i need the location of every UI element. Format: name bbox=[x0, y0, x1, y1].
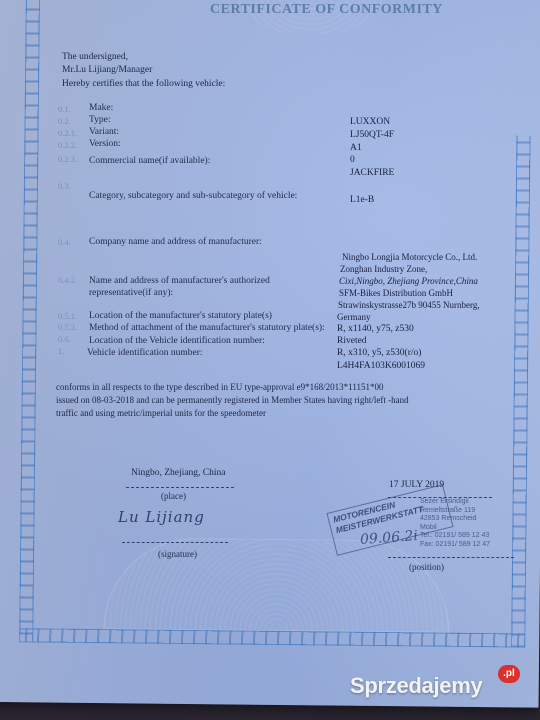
field-value: 0 bbox=[350, 155, 355, 165]
representative-name: SFM-Bikes Distribution GmbH bbox=[339, 288, 453, 298]
intro-line-2: Mr.Lu Lijiang/Manager bbox=[62, 65, 152, 75]
field-label-line-1: Name and address of manufacturer's autho… bbox=[89, 276, 270, 286]
field-number: 0.4. bbox=[58, 237, 71, 247]
field-label: Method of attachment of the manufacturer… bbox=[89, 323, 325, 333]
field-number: 0.3. bbox=[58, 181, 71, 191]
field-number: 1. bbox=[58, 346, 64, 356]
stamp-address: Sezer Ersindigil Remeltstraße 119 42853 … bbox=[420, 498, 490, 549]
field-label: Location of the manufacturer's statutory… bbox=[89, 311, 272, 321]
site-watermark: Sprzedajemy bbox=[350, 673, 482, 699]
field-label-line-2: representative(if any): bbox=[89, 288, 173, 298]
field-number: 0.2.3. bbox=[58, 154, 77, 164]
place-value: Ningbo, Zhejiang, China bbox=[131, 468, 225, 478]
field-number: 0.4.2. bbox=[58, 275, 77, 285]
ornamental-border-right bbox=[511, 135, 530, 647]
ornamental-border-left bbox=[19, 0, 40, 642]
vin-value: L4H4FA103K6001069 bbox=[337, 361, 425, 371]
field-number: 0.5.1. bbox=[58, 311, 77, 321]
field-number: 0.5.2. bbox=[58, 322, 77, 332]
field-number: 0.1. bbox=[58, 104, 71, 114]
field-label: Version: bbox=[89, 139, 121, 149]
field-label: Location of the Vehicle identification n… bbox=[89, 336, 265, 346]
field-label: Type: bbox=[89, 115, 111, 125]
field-value: R, x310, y5, z530(r/o) bbox=[337, 348, 421, 358]
watermark-badge: .pl bbox=[498, 665, 520, 683]
manufacturer-address-1: Zonghan Industry Zone, bbox=[340, 264, 427, 274]
field-label: Variant: bbox=[89, 127, 119, 137]
handwritten-signature: Lu Lijiang bbox=[118, 508, 205, 526]
representative-address-2: Germany bbox=[337, 312, 371, 322]
field-label: Vehicle identification number: bbox=[87, 348, 203, 358]
field-value: JACKFIRE bbox=[350, 168, 394, 178]
position-caption: (position) bbox=[409, 562, 444, 572]
field-number: 0.2. bbox=[58, 116, 71, 126]
intro-line-3: Hereby certifies that the following vehi… bbox=[62, 79, 225, 89]
field-number: 0.6. bbox=[58, 334, 71, 344]
manufacturer-address-2: Cixi,Ningbo, Zhejiang Province,China bbox=[339, 276, 478, 286]
representative-address-1: Strawinskystrasse27b 90455 Nurnberg, bbox=[338, 300, 480, 310]
signature-caption: (signature) bbox=[158, 549, 197, 559]
conformity-line-2: issued on 08-03-2018 and can be permanen… bbox=[56, 395, 409, 405]
place-line bbox=[126, 487, 234, 488]
certificate-paper bbox=[0, 0, 540, 708]
field-number: 0.2.2. bbox=[58, 140, 77, 150]
field-value: Riveted bbox=[337, 336, 367, 346]
conformity-line-3: traffic and using metric/imperial units … bbox=[56, 408, 266, 418]
field-label: Make: bbox=[89, 103, 113, 113]
field-number: 0.2.1. bbox=[58, 128, 77, 138]
field-value: R, x1140, y75, z530 bbox=[337, 324, 414, 334]
position-line bbox=[388, 557, 514, 558]
guilloche-pattern-bottom bbox=[103, 537, 450, 633]
field-value: L1e-B bbox=[350, 195, 374, 205]
manufacturer-name: Ningbo Longjia Motorcycle Co., Ltd. bbox=[342, 252, 477, 262]
signature-line bbox=[122, 542, 228, 543]
field-label: Category, subcategory and sub-subcategor… bbox=[89, 191, 297, 201]
document-title: CERTIFICATE OF CONFORMITY bbox=[210, 2, 443, 18]
place-caption: (place) bbox=[161, 491, 186, 501]
field-value: LJ50QT-4F bbox=[350, 130, 394, 140]
intro-line-1: The undersigned, bbox=[62, 52, 128, 62]
field-label: Commercial name(if available): bbox=[89, 156, 210, 166]
field-value: A1 bbox=[350, 143, 362, 153]
field-value: LUXXON bbox=[350, 117, 390, 127]
conformity-line-1: conforms in all respects to the type des… bbox=[56, 382, 384, 392]
field-label: Company name and address of manufacturer… bbox=[89, 237, 262, 247]
ornamental-border-bottom bbox=[19, 628, 525, 647]
